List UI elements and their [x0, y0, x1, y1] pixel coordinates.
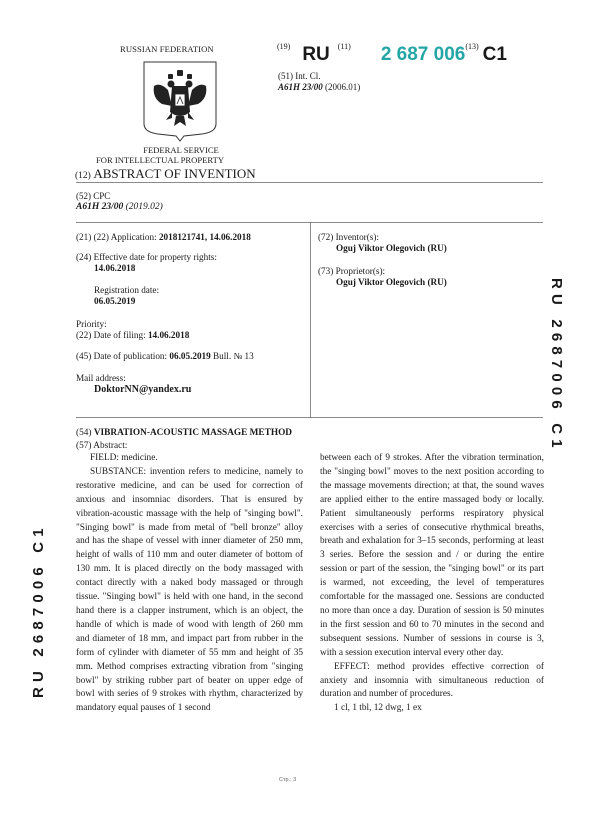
abstract-counts: 1 cl, 1 tbl, 12 dwg, 1 ex — [320, 702, 544, 716]
agency-name-line2: FOR INTELLECTUAL PROPERTY — [96, 155, 224, 165]
proprietor-field: (73) Proprietor(s): Oguj Viktor Olegovic… — [318, 266, 447, 288]
mail-address-value: DoktorNN@yandex.ru — [76, 384, 191, 395]
int-cl-label: (51) Int. Cl. — [278, 71, 321, 81]
abstract-column-left: FIELD: medicine. SUBSTANCE: invention re… — [76, 452, 303, 716]
int-cl-code: A61H 23/00 — [278, 82, 323, 92]
effective-date-field: (24) Effective date for property rights:… — [76, 252, 217, 274]
document-type-code: (12) — [75, 171, 91, 181]
abstract-effect: EFFECT: method provides effective correc… — [320, 661, 544, 703]
priority-field: Priority: (22) Date of filing: 14.06.201… — [76, 319, 189, 341]
proprietor-value: Oguj Viktor Olegovich (RU) — [318, 277, 447, 288]
registration-date-field: Registration date: 06.05.2019 — [76, 285, 159, 307]
registration-date-label: Registration date: — [76, 285, 159, 296]
divider-line — [76, 417, 543, 418]
document-type-title: ABSTRACT OF INVENTION — [93, 166, 255, 181]
int-cl-value: A61H 23/00 (2006.01) — [278, 82, 360, 92]
country-code-tag: (19) — [277, 42, 290, 51]
side-code-right: R U 2 6 8 7 0 0 6 C 1 — [548, 278, 565, 448]
filing-date-value: 14.06.2018 — [148, 330, 189, 340]
invention-title: (54) VIBRATION-ACOUSTIC MASSAGE METHOD — [76, 428, 292, 438]
cpc-version: (2019.02) — [126, 202, 163, 212]
cpc-code: A61H 23/00 — [76, 202, 123, 212]
column-divider — [310, 223, 311, 417]
inventor-label: (72) Inventor(s): — [318, 232, 447, 243]
number-tag: (11) — [338, 42, 351, 51]
effective-date-value: 14.06.2018 — [76, 263, 217, 274]
abstract-substance-continued: between each of 9 strokes. After the vib… — [320, 452, 544, 661]
mail-address-label: Mail address: — [76, 373, 191, 384]
kind-tag: (13) — [465, 42, 478, 51]
coat-of-arms-icon — [142, 60, 218, 142]
abstract-column-right: between each of 9 strokes. After the vib… — [320, 452, 544, 716]
inventor-field: (72) Inventor(s): Oguj Viktor Olegovich … — [318, 232, 447, 254]
publication-date-value: 06.05.2019 — [169, 351, 210, 361]
publication-date-label: (45) Date of publication: — [76, 351, 167, 361]
patent-number: 2 687 006 — [381, 44, 466, 65]
mail-address-field: Mail address: DoktorNN@yandex.ru — [76, 373, 191, 395]
inventor-value: Oguj Viktor Olegovich (RU) — [318, 243, 447, 254]
effective-date-label: (24) Effective date for property rights: — [76, 252, 217, 263]
invention-title-tag: (54) — [76, 428, 92, 438]
application-field: (21) (22) Application: 2018121741, 14.06… — [76, 232, 251, 243]
publication-date-field: (45) Date of publication: 06.05.2019 Bul… — [76, 351, 254, 362]
application-value: 2018121741, 14.06.2018 — [159, 232, 251, 242]
agency-name-line1: FEDERAL SERVICE — [131, 145, 231, 155]
kind-code: C1 — [483, 44, 507, 65]
side-code-left: R U 2 6 8 7 0 0 6 C 1 — [30, 528, 47, 698]
publication-number-line: (19)RU(11)2 687 006(13)C1 — [277, 44, 507, 66]
proprietor-label: (73) Proprietor(s): — [318, 266, 447, 277]
abstract-label: (57) Abstract: — [76, 441, 127, 451]
country-name: RUSSIAN FEDERATION — [120, 44, 214, 54]
invention-title-text: VIBRATION-ACOUSTIC MASSAGE METHOD — [94, 428, 292, 438]
divider-line — [76, 182, 543, 183]
cpc-value: A61H 23/00 (2019.02) — [76, 202, 163, 212]
country-code: RU — [302, 44, 329, 65]
bulletin-number: Bull. № 13 — [213, 351, 254, 361]
abstract-substance: SUBSTANCE: invention refers to medicine,… — [76, 466, 303, 716]
registration-date-value: 06.05.2019 — [76, 296, 159, 307]
document-type-heading: (12) ABSTRACT OF INVENTION — [75, 166, 256, 182]
cpc-label: (52) CPC — [76, 191, 110, 201]
page-number: Стр.: 3 — [279, 777, 296, 783]
abstract-field: FIELD: medicine. — [76, 452, 303, 466]
application-label: (21) (22) Application: — [76, 232, 157, 242]
priority-label: Priority: — [76, 319, 189, 330]
int-cl-version: (2006.01) — [325, 82, 360, 92]
filing-date-label: (22) Date of filing: — [76, 330, 146, 340]
